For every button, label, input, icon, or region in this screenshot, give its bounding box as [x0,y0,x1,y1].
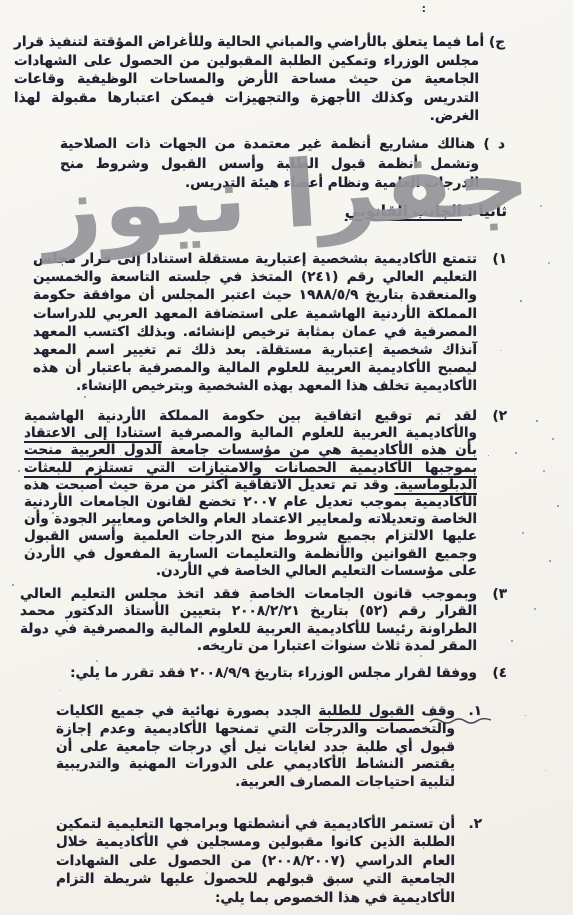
sub-item-1: ١. وقف القبول للطلبة الجدد بصورة نهائية … [56,703,482,792]
paragraph-text: وبموجب قانون الجامعات الخاصة فقد اتخذ مج… [20,586,477,656]
paragraph-number: ١) [486,250,507,396]
paragraph-number: ٤) [486,664,507,682]
paragraph-number: ٢) [486,408,507,580]
paragraph-text: لقد تم توقيع اتفاقية بين حكومة المملكة ا… [24,408,477,580]
intro-paragraph-d: د ) هنالك مشاريع أنظمة غير معتمدة من الج… [60,135,505,194]
numbered-paragraph-3: ٣) وبموجب قانون الجامعات الخاصة فقد اتخذ… [20,586,507,656]
paragraph-number: ٣) [486,586,507,656]
scan-noise-speckles-small [0,0,1,1]
numbered-paragraph-2: ٢) لقد تم توقيع اتفاقية بين حكومة المملك… [24,408,507,580]
numbered-paragraph-4: ٤) ووفقا لقرار مجلس الوزراء بتاريخ ٢٠٠٨/… [20,664,507,682]
section-heading: ثانيا : الجانب القانوني [345,202,507,220]
paragraph-label: د ) [483,136,505,152]
paragraph-label: ج) [489,34,505,50]
sub-item-number: ٢. [465,815,482,907]
paragraph-text: ووفقا لقرار مجلس الوزراء بتاريخ ٢٠٠٨/٩/٩… [20,664,477,682]
section-heading-title: الجانب القانوني [345,202,462,220]
handwritten-squiggle-annotation [429,717,493,725]
intro-paragraph-j: ج) أما فيما يتعلق بالأراضي والمباني الحا… [14,33,505,126]
scanned-document-page: : ج) أما فيما يتعلق بالأراضي والمباني ال… [0,0,573,915]
sub-item-2: ٢. أن تستمر الأكاديمية في أنشطتها وبرامج… [56,815,482,907]
paragraph-text: أما فيما يتعلق بالأراضي والمباني الحالية… [14,34,484,124]
numbered-paragraph-1: ١) تتمتع الأكاديمية بشخصية إعتبارية مستق… [33,250,507,396]
scan-artifact-mark: : [422,2,426,15]
underlined-phrase: القبول للطلبة [318,703,414,719]
sub-item-text: أن تستمر الأكاديمية في أنشطتها وبرامجها … [56,815,455,907]
sub-item-text: وقف القبول للطلبة الجدد بصورة نهائية في … [56,703,455,792]
section-heading-prefix: ثانيا : [467,202,507,220]
paragraph-text: تتمتع الأكاديمية بشخصية إعتبارية مستقلة … [33,250,477,396]
paragraph-text: هنالك مشاريع أنظمة غير معتمدة من الجهات … [60,136,479,191]
